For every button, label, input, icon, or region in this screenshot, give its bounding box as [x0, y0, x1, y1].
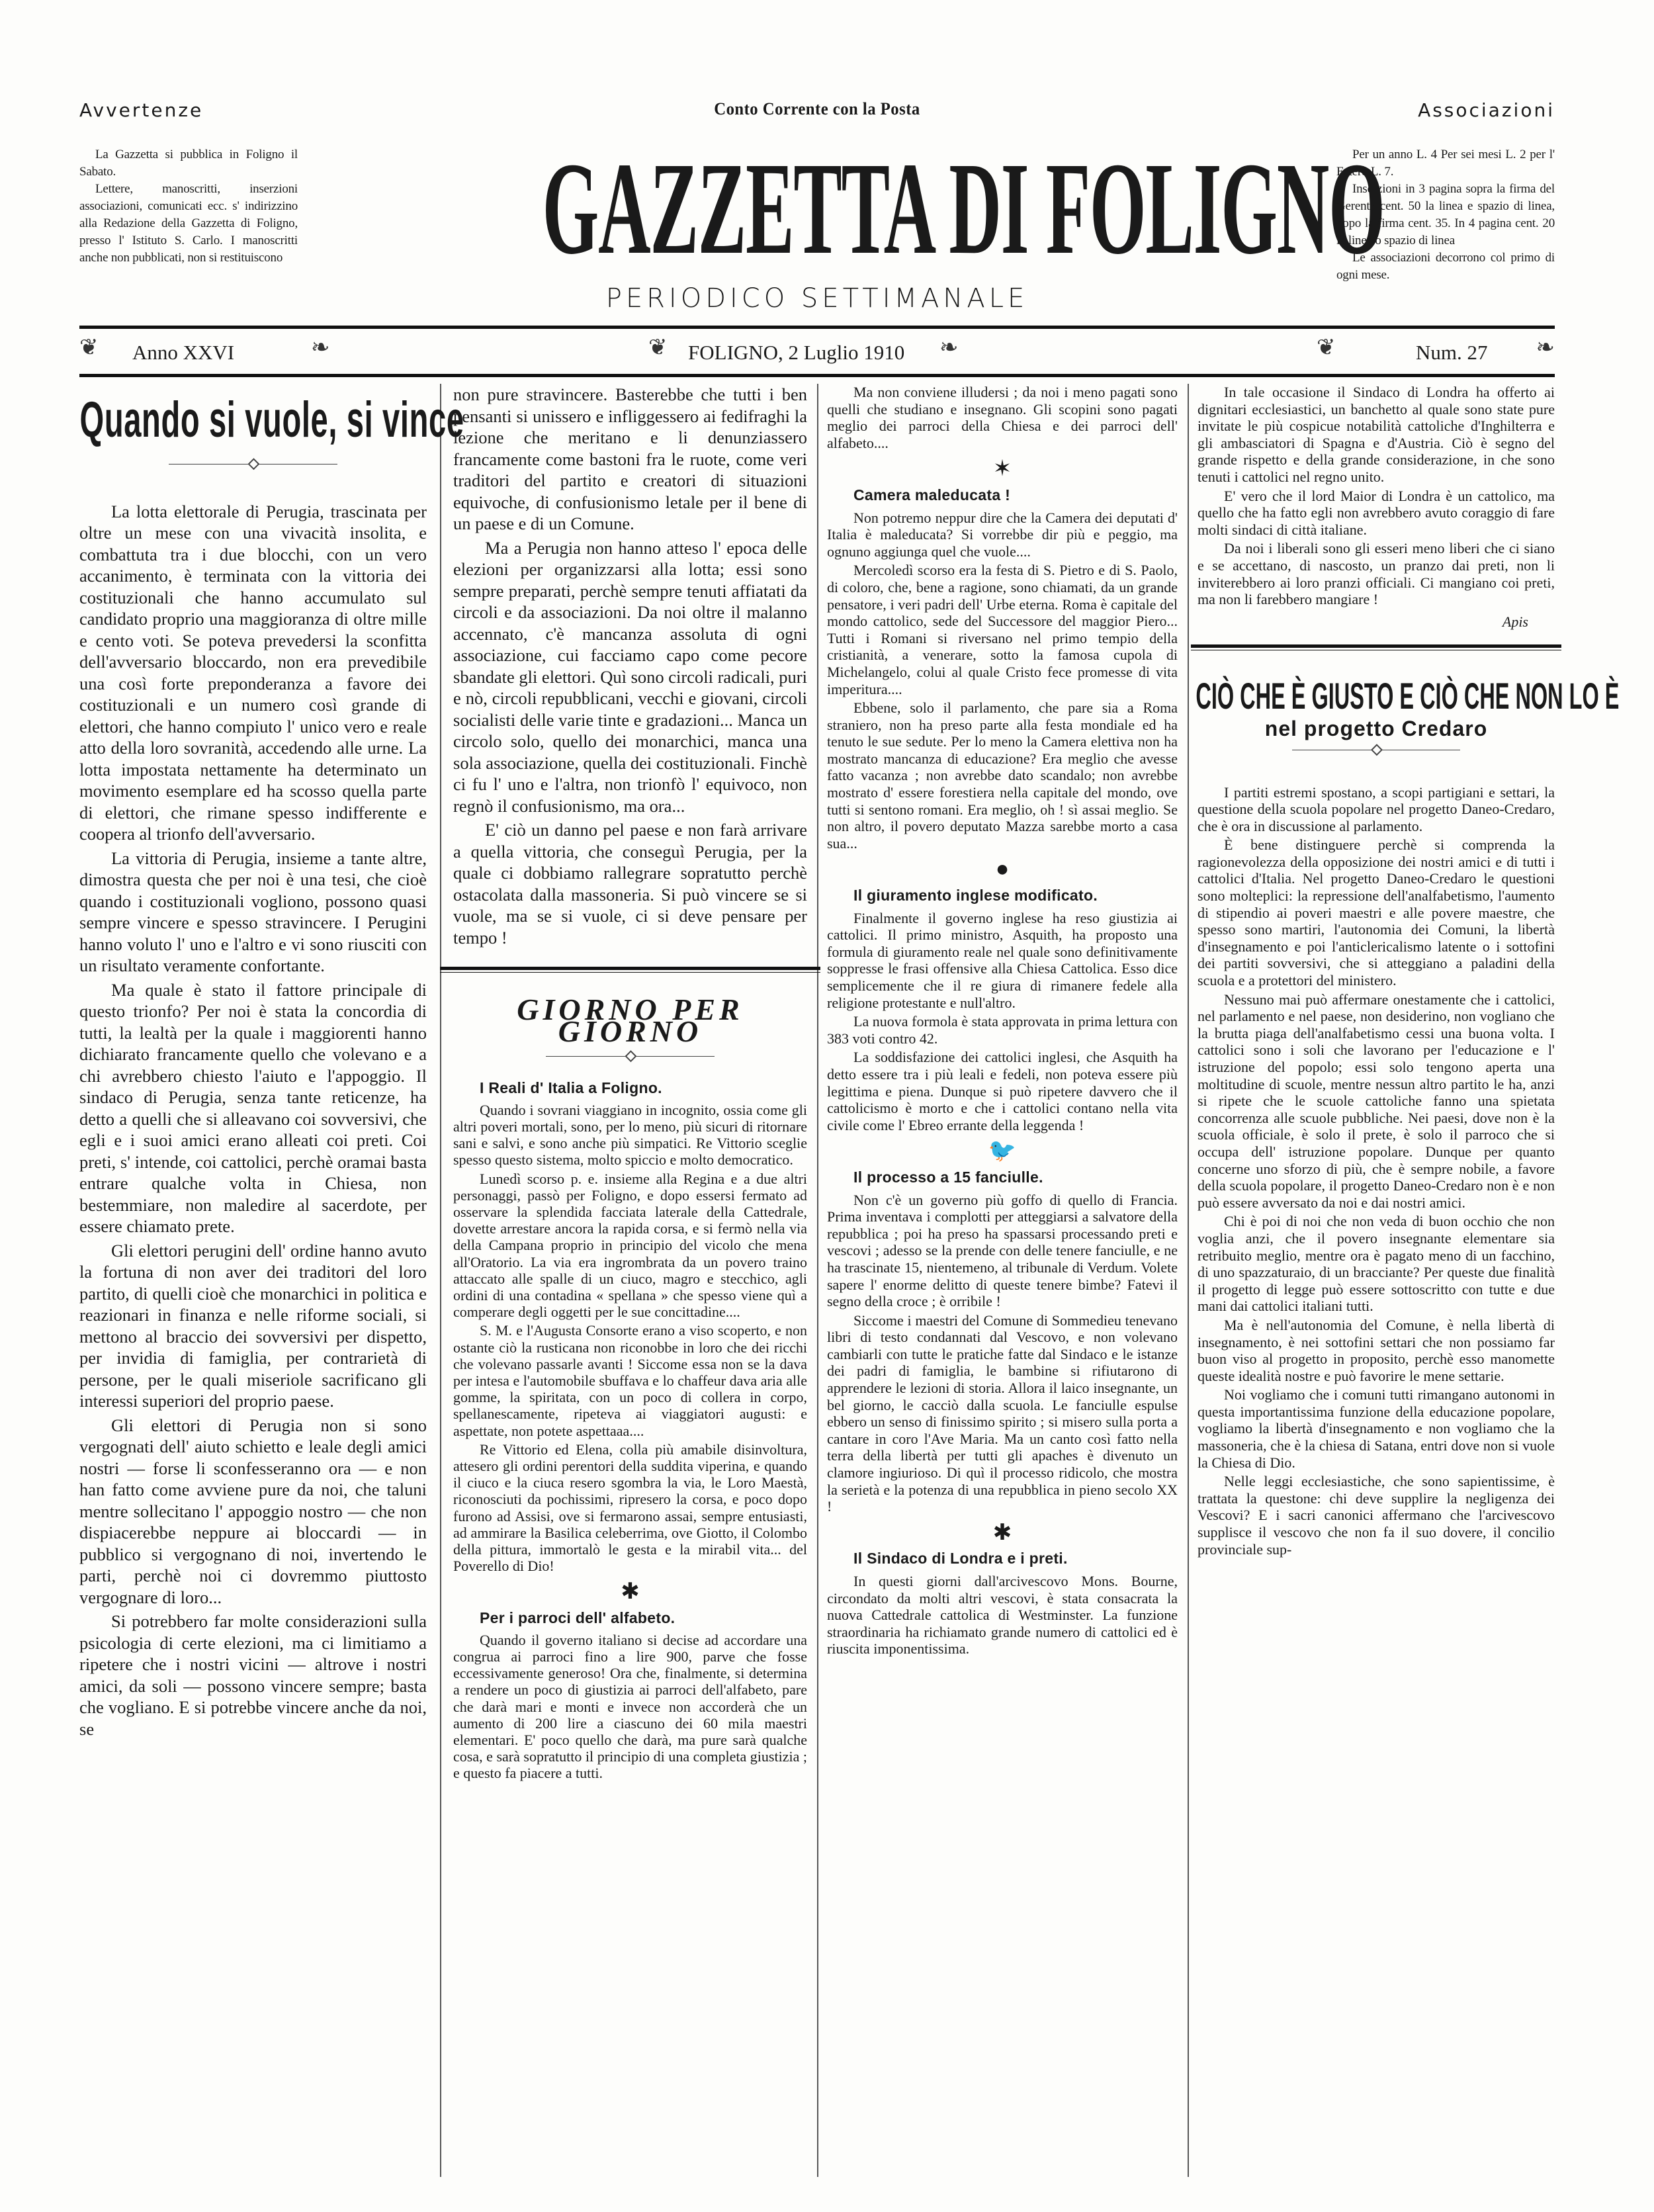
ornamental-divider: ◇	[1197, 740, 1555, 758]
article-columns: Quando si vuole, si vince ◇ La lotta ele…	[79, 384, 1555, 2210]
diamond-ornament-icon: ◇	[625, 1047, 635, 1063]
paragraph: Ma a Perugia non hanno atteso l' epoca d…	[453, 537, 807, 817]
section-rule	[440, 967, 820, 973]
fleuron-icon: ❦	[648, 334, 668, 361]
column-rule	[1188, 384, 1189, 2177]
news-item-title: Il giuramento inglese modificato.	[853, 887, 1178, 905]
asterism-icon: ✱	[453, 1583, 807, 1600]
asterism-icon: ✱	[827, 1525, 1178, 1542]
diamond-ornament-icon: ◇	[1371, 740, 1381, 757]
column-1: Quando si vuole, si vince ◇ La lotta ele…	[79, 384, 427, 1742]
notices-box: Avvertenze La Gazzetta si pubblica in Fo…	[79, 99, 298, 267]
newspaper-page: Avvertenze La Gazzetta si pubblica in Fo…	[79, 99, 1555, 377]
notices-text: La Gazzetta si pubblica in Foligno il Sa…	[79, 146, 298, 267]
paragraph: La vittoria di Perugia, insieme a tante …	[79, 848, 427, 977]
credaro-headline: CIÒ CHE È GIUSTO E CIÒ CHE NON LO È	[1196, 674, 1556, 718]
news-item-title: I Reali d' Italia a Foligno.	[480, 1080, 807, 1096]
issue-number: Num. 27	[1416, 341, 1488, 365]
paragraph: E' ciò un danno pel paese e non farà arr…	[453, 819, 807, 948]
paragraph: Si potrebbero far molte considerazioni s…	[79, 1611, 427, 1740]
news-item-title: Per i parroci dell' alfabeto.	[480, 1610, 807, 1626]
column-rule	[817, 384, 818, 2177]
column-4: In tale occasione il Sindaco di Londra h…	[1197, 384, 1555, 1560]
dot-icon: ●	[827, 861, 1178, 878]
credaro-subheadline: nel progetto Credaro	[1197, 721, 1555, 738]
news-item-title: Il Sindaco di Londra e i preti.	[853, 1550, 1178, 1568]
subscriptions-box: Associazioni Per un anno L. 4 Per sei me…	[1336, 99, 1555, 284]
fleuron-icon: ❦	[1317, 334, 1336, 361]
masthead-center: Conto Corrente con la Posta GAZZETTA DI …	[318, 99, 1317, 314]
paragraph: non pure stravincere. Basterebbe che tut…	[453, 384, 807, 535]
issue-date: FOLIGNO, 2 Luglio 1910	[688, 341, 904, 365]
postal-account-note: Conto Corrente con la Posta	[343, 99, 1292, 119]
fleuron-icon: ❧	[939, 334, 959, 361]
news-item-title: Il processo a 15 fanciulle.	[853, 1169, 1178, 1186]
fleuron-icon: ❧	[311, 334, 330, 361]
news-item: I Reali d' Italia a Foligno. Quando i so…	[453, 1080, 807, 1782]
dateline-bar: ❦ Anno XXVI ❧ ❦ FOLIGNO, 2 Luglio 1910 ❧…	[79, 326, 1555, 377]
paragraph: Gli elettori di Perugia non si sono verg…	[79, 1415, 427, 1609]
diamond-ornament-icon: ◇	[248, 455, 258, 471]
volume-year: Anno XXVI	[132, 341, 234, 365]
newspaper-title: GAZZETTA DI FOLIGNO	[543, 143, 1092, 275]
paragraph: Gli elettori perugini dell' ordine hanno…	[79, 1240, 427, 1412]
ornamental-divider: ◇	[453, 1045, 807, 1067]
fleuron-icon: ❧	[1536, 334, 1555, 361]
section-title: GIORNO PER GIORNO	[453, 999, 807, 1042]
news-item-title: Camera maleducata !	[853, 487, 1178, 504]
star-icon: ✶	[827, 461, 1178, 478]
newspaper-subtitle: PERIODICO SETTIMANALE	[318, 283, 1317, 314]
column-rule	[440, 384, 441, 2177]
fleuron-icon: ❦	[79, 334, 99, 361]
ornamental-divider: ◇	[79, 453, 427, 474]
bird-icon: 🐦	[827, 1143, 1178, 1160]
subscriptions-label: Associazioni	[1336, 99, 1555, 121]
column-2: non pure stravincere. Basterebbe che tut…	[453, 384, 807, 1784]
section-rule	[1191, 644, 1561, 650]
paragraph: Ma quale è stato il fattore principale d…	[79, 979, 427, 1237]
paragraph: La lotta elettorale di Perugia, trascina…	[79, 501, 427, 845]
masthead: Avvertenze La Gazzetta si pubblica in Fo…	[79, 99, 1555, 318]
lead-headline: Quando si vuole, si vince	[80, 390, 427, 450]
author-signature: Apis	[1197, 613, 1555, 631]
subscriptions-text: Per un anno L. 4 Per sei mesi L. 2 per l…	[1336, 146, 1555, 284]
notices-label: Avvertenze	[79, 99, 298, 121]
column-3: Ma non conviene illudersi ; da noi i men…	[827, 384, 1178, 1659]
